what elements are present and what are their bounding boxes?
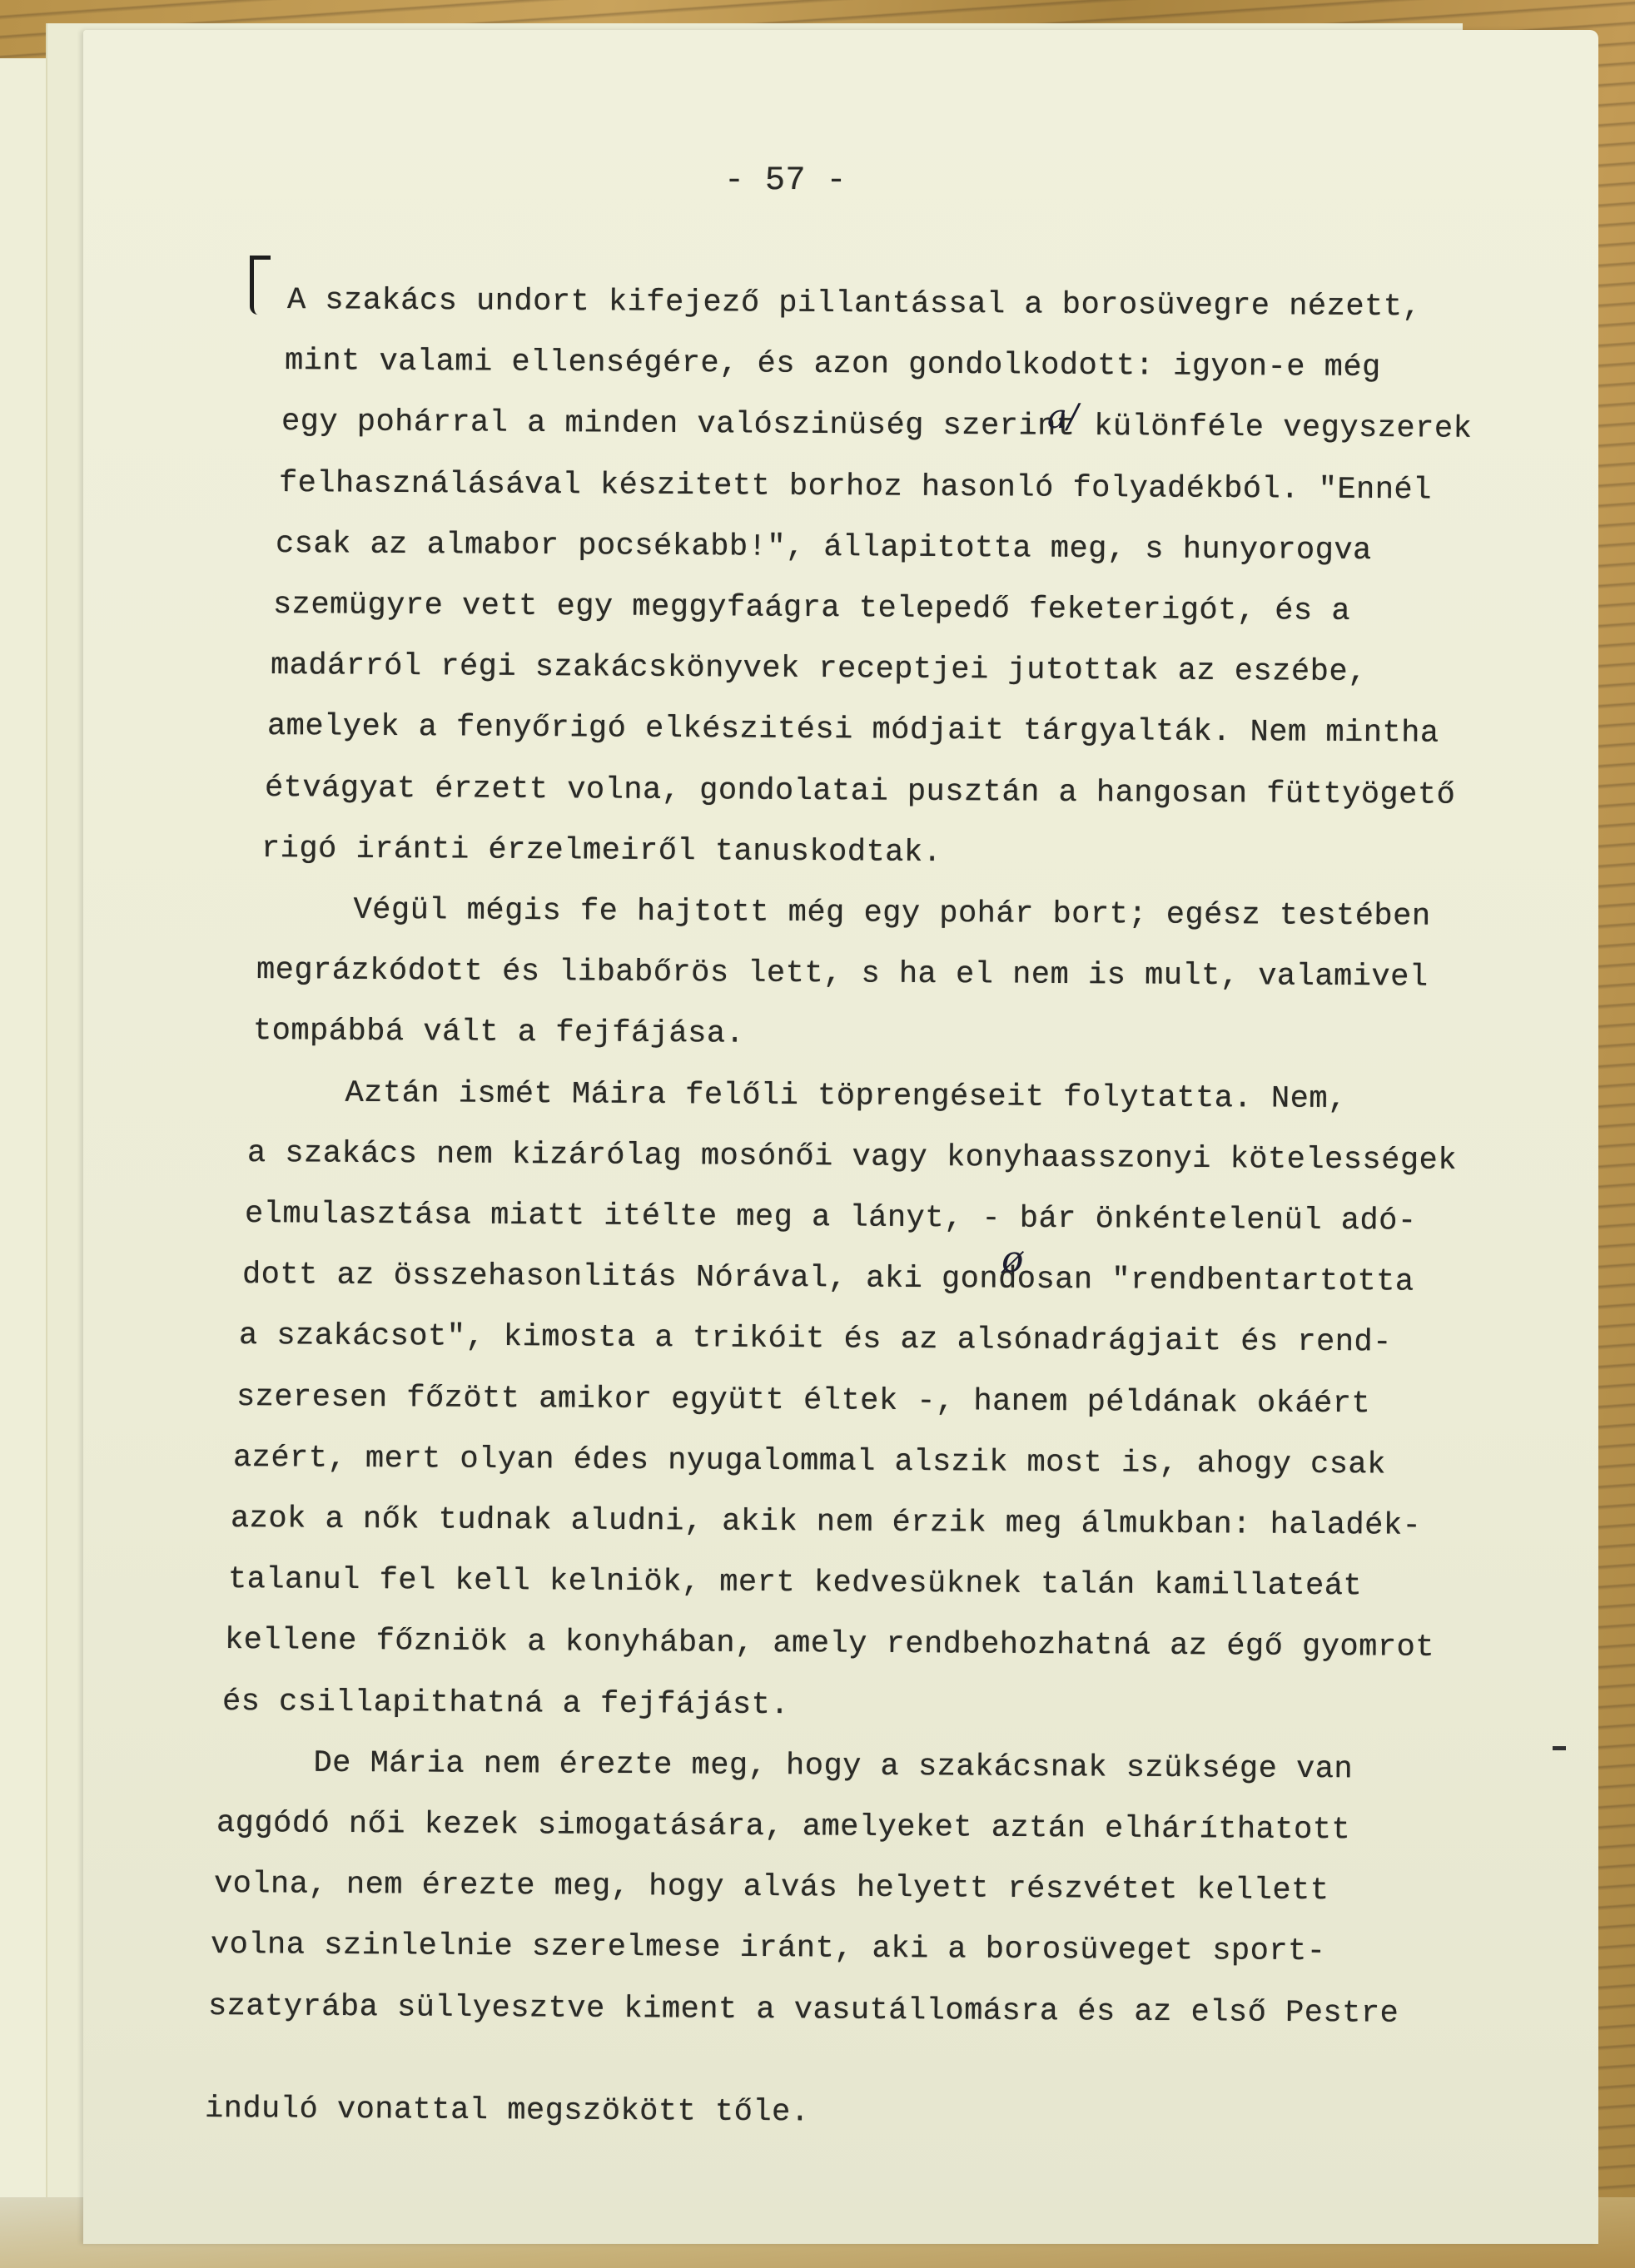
- text-line: megrázkódott és libabőrös lett, s ha el …: [256, 953, 1428, 995]
- text-line: aggódó női kezek simogatására, amelyeket…: [216, 1806, 1350, 1848]
- text-line: a szakács nem kizárólag mosónői vagy kon…: [247, 1136, 1457, 1179]
- text-line: és csillapithatná a fejfájást.: [222, 1685, 789, 1723]
- paragraph-bracket-mark: [250, 256, 271, 315]
- text-line: szemügyre vett egy meggyfaágra telepedő …: [273, 588, 1350, 629]
- text-line: dott az összehasonlitás Nórával, aki gon…: [241, 1258, 1414, 1300]
- page-number: - 57 -: [724, 162, 847, 200]
- text-line: csak az almabor pocsékabb!", állapitotta…: [276, 527, 1372, 568]
- text-line: szatyrába süllyesztve kiment a vasutállo…: [208, 1989, 1399, 2032]
- text-line: volna, nem érezte meg, hogy alvás helyet…: [213, 1867, 1329, 1908]
- text-line: azok a nők tudnak aludni, akik nem érzik…: [231, 1501, 1422, 1544]
- margin-dash-mark: [1553, 1746, 1566, 1750]
- text-line: A szakács undort kifejező pillantással a…: [287, 283, 1421, 325]
- text-line: madárról régi szakácskönyvek receptjei j…: [270, 648, 1366, 690]
- handwritten-correction-mark: ø: [1001, 1238, 1024, 1281]
- text-line: De Mária nem érezte meg, hogy a szakácsn…: [219, 1745, 1353, 1787]
- text-line: azért, mert olyan édes nyugalommal alszi…: [233, 1441, 1386, 1482]
- text-line: talanul fel kell kelniök, mert kedvesükn…: [227, 1562, 1361, 1604]
- text-line: Aztán ismét Máira felőli töprengéseit fo…: [251, 1075, 1347, 1117]
- text-line: étvágyat érzett volna, gondolatai pusztá…: [265, 771, 1456, 813]
- text-line: mint valami ellenségére, és azon gondolk…: [284, 344, 1380, 385]
- text-line: tompábbá vált a fejfájása.: [253, 1014, 745, 1052]
- text-line: volna szinlelnie szerelmese iránt, aki a…: [211, 1928, 1326, 1969]
- text-line: szeresen főzött amikor együtt éltek -, h…: [236, 1380, 1370, 1422]
- text-line: induló vonattal megszökött tőle.: [205, 2092, 810, 2130]
- handwritten-insert-mark: a/: [1047, 398, 1078, 436]
- text-line: felhasználásával készitett borhoz hasonl…: [279, 466, 1432, 508]
- text-line: elmulasztása miatt itélte meg a lányt, -…: [245, 1197, 1417, 1239]
- text-line: rigó iránti érzelmeiről tanuskodtak.: [261, 831, 942, 871]
- text-line: Végül mégis fe hajtott még egy pohár bor…: [259, 892, 1431, 935]
